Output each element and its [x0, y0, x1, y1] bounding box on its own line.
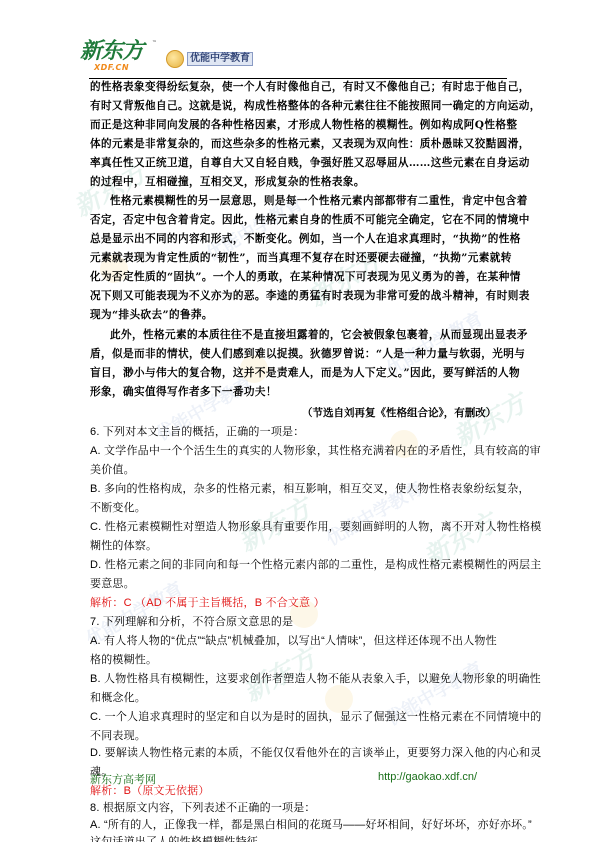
- passage-line: 的性格表象变得纷纭复杂，使一个人有时像他自己，有时又不像他自己；有时忠于他自己，: [90, 81, 530, 93]
- q6-option-d: D. 性格元素之间的非同向和每一个性格元素内部的二重性，是构成性格元素模糊性的两…: [90, 559, 541, 571]
- q7-option-c: C. 一个人追求真理时的坚定和自以为是时的固执，显示了倔强这一性格元素在不同情境…: [90, 711, 541, 723]
- xdf-logo-domain: XDF.CN: [94, 63, 129, 72]
- q8-option-a-cont: 这句话道出了人的性格模糊性特征。: [90, 836, 269, 842]
- q6-option-d-cont: 要意思。: [90, 578, 135, 590]
- passage-line: 而正是这种非同向发展的各种性格因素，才形成人物性格的模糊性。例如构成阿Q性格整: [90, 119, 517, 131]
- q7-option-b: B. 人物性格具有模糊性，这要求创作者塑造人物不能从表象入手，以避免人物形象的明…: [90, 673, 541, 685]
- q6-option-a: A. 文学作品中一个个活生生的真实的人物形象，其性格充满着内在的矛盾性，具有较高…: [90, 445, 541, 457]
- watermark-circle: [325, 685, 353, 713]
- passage-source: （节选自刘再复《性格组合论》，有删改）: [302, 407, 496, 419]
- passage-line: 有时又背叛他自己。这就是说，构成性格整体的各种元素往往不能按照同一确定的方向运动…: [90, 100, 541, 112]
- question-6-stem: 6. 下列对本文主旨的概括，正确的一项是：: [90, 426, 304, 438]
- q7-option-d: D. 要解读人物性格元素的本质，不能仅仅看他外在的言谈举止，更要努力深入他的内心…: [90, 747, 541, 759]
- partner-logo: 优能中学教育: [166, 50, 253, 68]
- q7-option-a: A. 有人将人物的“优点”“缺点”机械叠加，以写出“人情味”，但这样还体现不出人…: [90, 635, 497, 647]
- q6-option-c: C. 性格元素模糊性对塑造人物形象具有重要作用，要刻画鲜明的人物，离不开对人物性…: [90, 521, 541, 533]
- passage-line: 此外，性格元素的本质往往不是直接坦露着的，它会被假象包裹着，从而显现出显表矛: [110, 329, 528, 341]
- footer-url[interactable]: http://gaokao.xdf.cn/: [378, 771, 477, 783]
- passage-line: 盲目，渺小与伟大的复合物，这并不是责难人，而是为人下定义。”因此，要写鲜活的人物: [90, 367, 520, 379]
- passage-line: 性格元素模糊性的另一层意思，则是每一个性格元素内部都带有二重性，肯定中包含着: [110, 195, 528, 207]
- question-8-stem: 8. 根据原文内容，下列表述不正确的一项是：: [90, 802, 316, 814]
- page-header: 新东方 XDF.CN ™ 优能中学教育: [78, 38, 448, 78]
- passage-line: 况下则又可能表现为不义亦为的恶。李逵的勇猛有时表现为非常可爱的战斗精神，有时则表: [90, 290, 530, 302]
- passage-line: 化为否定性质的“固执”。一个人的勇敢，在某种情况下可表现为见义勇为的善，在某种情: [90, 271, 521, 283]
- header-divider: [89, 78, 507, 79]
- footer-site-name: 新东方高考网: [90, 771, 156, 787]
- partner-logo-emblem-icon: [166, 50, 184, 68]
- q7-option-c-cont: 不同表现。: [90, 730, 146, 742]
- passage-line: 盾，似是而非的情状，使人们感到难以捉摸。狄德罗曾说：“人是一种力量与软弱，光明与: [90, 348, 525, 360]
- passage-line: 形象，确实值得写作者多下一番功夫！: [90, 386, 277, 398]
- question-7-stem: 7. 下列理解和分析，不符合原文意思的是: [90, 616, 293, 628]
- passage-line: 的过程中，互相碰撞，互相交叉，形成复杂的性格表象。: [90, 176, 365, 188]
- q6-option-c-cont: 糊性的体察。: [90, 540, 157, 552]
- passage-line: 总是显示出不同的内容和形式，不断变化。例如，当一个人在追求真理时，“执拗”的性格: [90, 233, 521, 245]
- q7-option-a-cont: 格的模糊性。: [90, 654, 157, 666]
- trademark-mark: ™: [152, 40, 157, 46]
- q8-option-a: A. “所有的人，正像我一样，都是黑白相间的花斑马——好坏相间，好好坏坏，亦好亦…: [90, 819, 532, 831]
- q6-option-b-cont: 不断变化。: [90, 502, 146, 514]
- passage-line: 现为“排头砍去”的鲁莽。: [90, 309, 213, 321]
- xdf-logo: 新东方 XDF.CN ™: [80, 40, 143, 64]
- xdf-logo-text: 新东方: [80, 40, 143, 64]
- passage-line: 元素就表现为肯定性质的“韧性”，而当真理不复存在时还要硬去碰撞，“执拗”元素就转: [90, 252, 512, 264]
- partner-logo-text: 优能中学教育: [187, 52, 253, 66]
- q6-option-b: B. 多向的性格构成，杂多的性格元素，相互影响，相互交叉，使人物性格表象纷纭复杂…: [90, 483, 530, 495]
- q7-option-b-cont: 和概念化。: [90, 692, 146, 704]
- q6-answer: 解析：C （AD 不属于主旨概括，B 不合文意 ）: [90, 597, 325, 609]
- passage-line: 否定，否定中包含着肯定。因此，性格元素自身的性质不可能完全确定，它在不同的情境中: [90, 214, 530, 226]
- passage-line: 体的元素是非常复杂的，而这些杂多的性格元素，又表现为双向性：质朴愚昧又狡黠圆滑，: [90, 138, 530, 150]
- q6-option-a-cont: 美价值。: [90, 464, 135, 476]
- passage-line: 率真任性又正统卫道，自尊自大又自轻自贱，争强好胜又忍辱屈从……这些元素在自身运动: [90, 157, 530, 169]
